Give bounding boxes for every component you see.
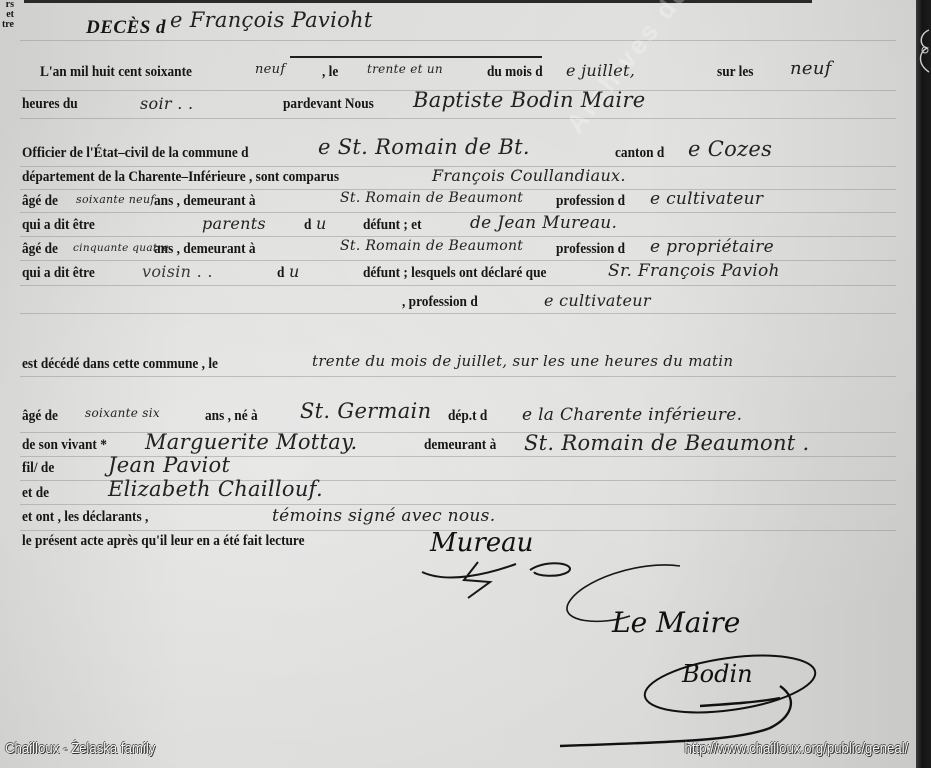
margin-text-fragment: rs et tre (0, 0, 14, 30)
hand-relation-2: voisin . . (142, 262, 213, 281)
hand-year: neuf (255, 62, 285, 77)
certificate-page: rs et tre Archives départementales DECÈS… (0, 0, 916, 768)
hand-hours: neuf (790, 58, 832, 79)
hand-deceased-name: Sr. François Pavioh (608, 261, 780, 281)
title-deces: DECÈS d (86, 17, 166, 39)
signature-witness: Mureau (430, 528, 533, 558)
hand-comparant-1: François Coullandiaux. (432, 166, 626, 185)
printed-le: , le (322, 64, 338, 81)
printed-qui-a-dit-1: qui a dit être (22, 217, 95, 234)
hand-comparant-2: de Jean Mureau. (470, 213, 617, 233)
printed-d-2: d (277, 265, 284, 282)
hand-father: Jean Paviot (108, 453, 230, 477)
hand-spouse: Marguerite Mottay. (145, 430, 357, 454)
ruled-line (20, 313, 896, 314)
signature-le-maire: Le Maire (612, 606, 740, 639)
hand-residence-2: St. Romain de Beaumont (340, 238, 523, 254)
printed-age-de-3: âgé de (22, 408, 58, 425)
ruled-line (20, 212, 896, 213)
deceased-name-title: e François Pavioht (170, 8, 373, 32)
footer-family-label: Chailloux - Żelaska family (5, 740, 155, 757)
printed-defunt-et: défunt ; et (363, 217, 422, 234)
ruled-line (20, 376, 896, 377)
hand-residence-1: St. Romain de Beaumont (340, 190, 523, 206)
hand-birthplace: St. Germain (300, 399, 431, 423)
printed-canton: canton d (615, 145, 664, 162)
printed-profession-2: profession d (556, 241, 625, 258)
ruled-line (20, 118, 896, 119)
ruled-line (20, 285, 896, 286)
printed-hours: sur les (717, 64, 753, 81)
hand-time-of-day: soir . . (140, 94, 193, 113)
printed-officier: Officier de l'État–civil de la commune d (22, 145, 249, 162)
printed-age-de-2: âgé de (22, 241, 58, 258)
printed-pardevant: pardevant Nous (283, 96, 374, 113)
printed-profession-1: profession d (556, 193, 625, 210)
hand-witnesses-signed: témoins signé avec nous. (272, 506, 495, 526)
hand-residence-3: St. Romain de Beaumont . (524, 431, 810, 455)
printed-ne-a: ans , né à (205, 408, 258, 425)
printed-de-son-vivant: de son vivant * (22, 437, 107, 454)
printed-year: L'an mil huit cent soixante (40, 64, 192, 81)
printed-et-ont: et ont , les déclarants , (22, 509, 148, 526)
signature-mayor: Bodin (682, 660, 753, 688)
printed-month: du mois d (487, 64, 543, 81)
hand-month: e juillet, (566, 61, 635, 80)
hand-age-1: soixante neuf (76, 193, 155, 206)
spine-ornament-icon (915, 28, 931, 74)
hand-canton: e Cozes (688, 137, 772, 161)
printed-et-de: et de (22, 485, 49, 502)
title-rule (290, 56, 542, 58)
hand-death-date: trente du mois de juillet, sur les une h… (312, 352, 733, 370)
hand-profession-3: e cultivateur (544, 291, 651, 310)
hand-profession-2: e propriétaire (650, 237, 774, 257)
printed-demeurant-1: ans , demeurant à (154, 193, 256, 210)
hand-department: e la Charente inférieure. (522, 405, 742, 425)
hand-officer: Baptiste Bodin Maire (413, 88, 646, 112)
printed-demeurant-3: demeurant à (424, 437, 496, 454)
printed-dep: dép.t d (448, 408, 487, 425)
printed-fils-de: fil/ de (22, 460, 54, 477)
printed-heures-du: heures du (22, 96, 78, 113)
hand-age-deceased: soixante six (85, 406, 160, 420)
margin-line: tre (0, 20, 14, 30)
printed-present-acte: le présent acte après qu'il leur en a ét… (22, 533, 305, 550)
hand-relation-1: parents (202, 214, 266, 233)
top-rule (24, 0, 812, 3)
hand-mother: Elizabeth Chaillouf. (108, 477, 323, 501)
hand-du-1: u (316, 214, 327, 233)
printed-defunt-lesquels: défunt ; lesquels ont déclaré que (363, 265, 546, 282)
printed-qui-a-dit-2: qui a dit être (22, 265, 95, 282)
printed-demeurant-2: ans , demeurant à (154, 241, 256, 258)
hand-day: trente et un (367, 62, 443, 76)
ruled-line (20, 504, 896, 505)
footer-source-url[interactable]: http://www.chailloux.org/public/geneal/ (684, 740, 908, 757)
mayor-paraph-icon (640, 640, 840, 750)
ruled-line (20, 40, 896, 41)
book-spine (916, 0, 931, 768)
hand-du-2: u (289, 262, 300, 281)
mark-flourish-icon (418, 558, 578, 602)
printed-d-1: d (304, 217, 311, 234)
printed-profession-3: , profession d (402, 294, 478, 311)
printed-age-de-1: âgé de (22, 193, 58, 210)
printed-est-decede: est décédé dans cette commune , le (22, 356, 218, 373)
printed-departement: département de la Charente–Inférieure , … (22, 169, 339, 186)
hand-profession-1: e cultivateur (650, 189, 763, 209)
hand-commune: e St. Romain de Bt. (318, 135, 530, 159)
